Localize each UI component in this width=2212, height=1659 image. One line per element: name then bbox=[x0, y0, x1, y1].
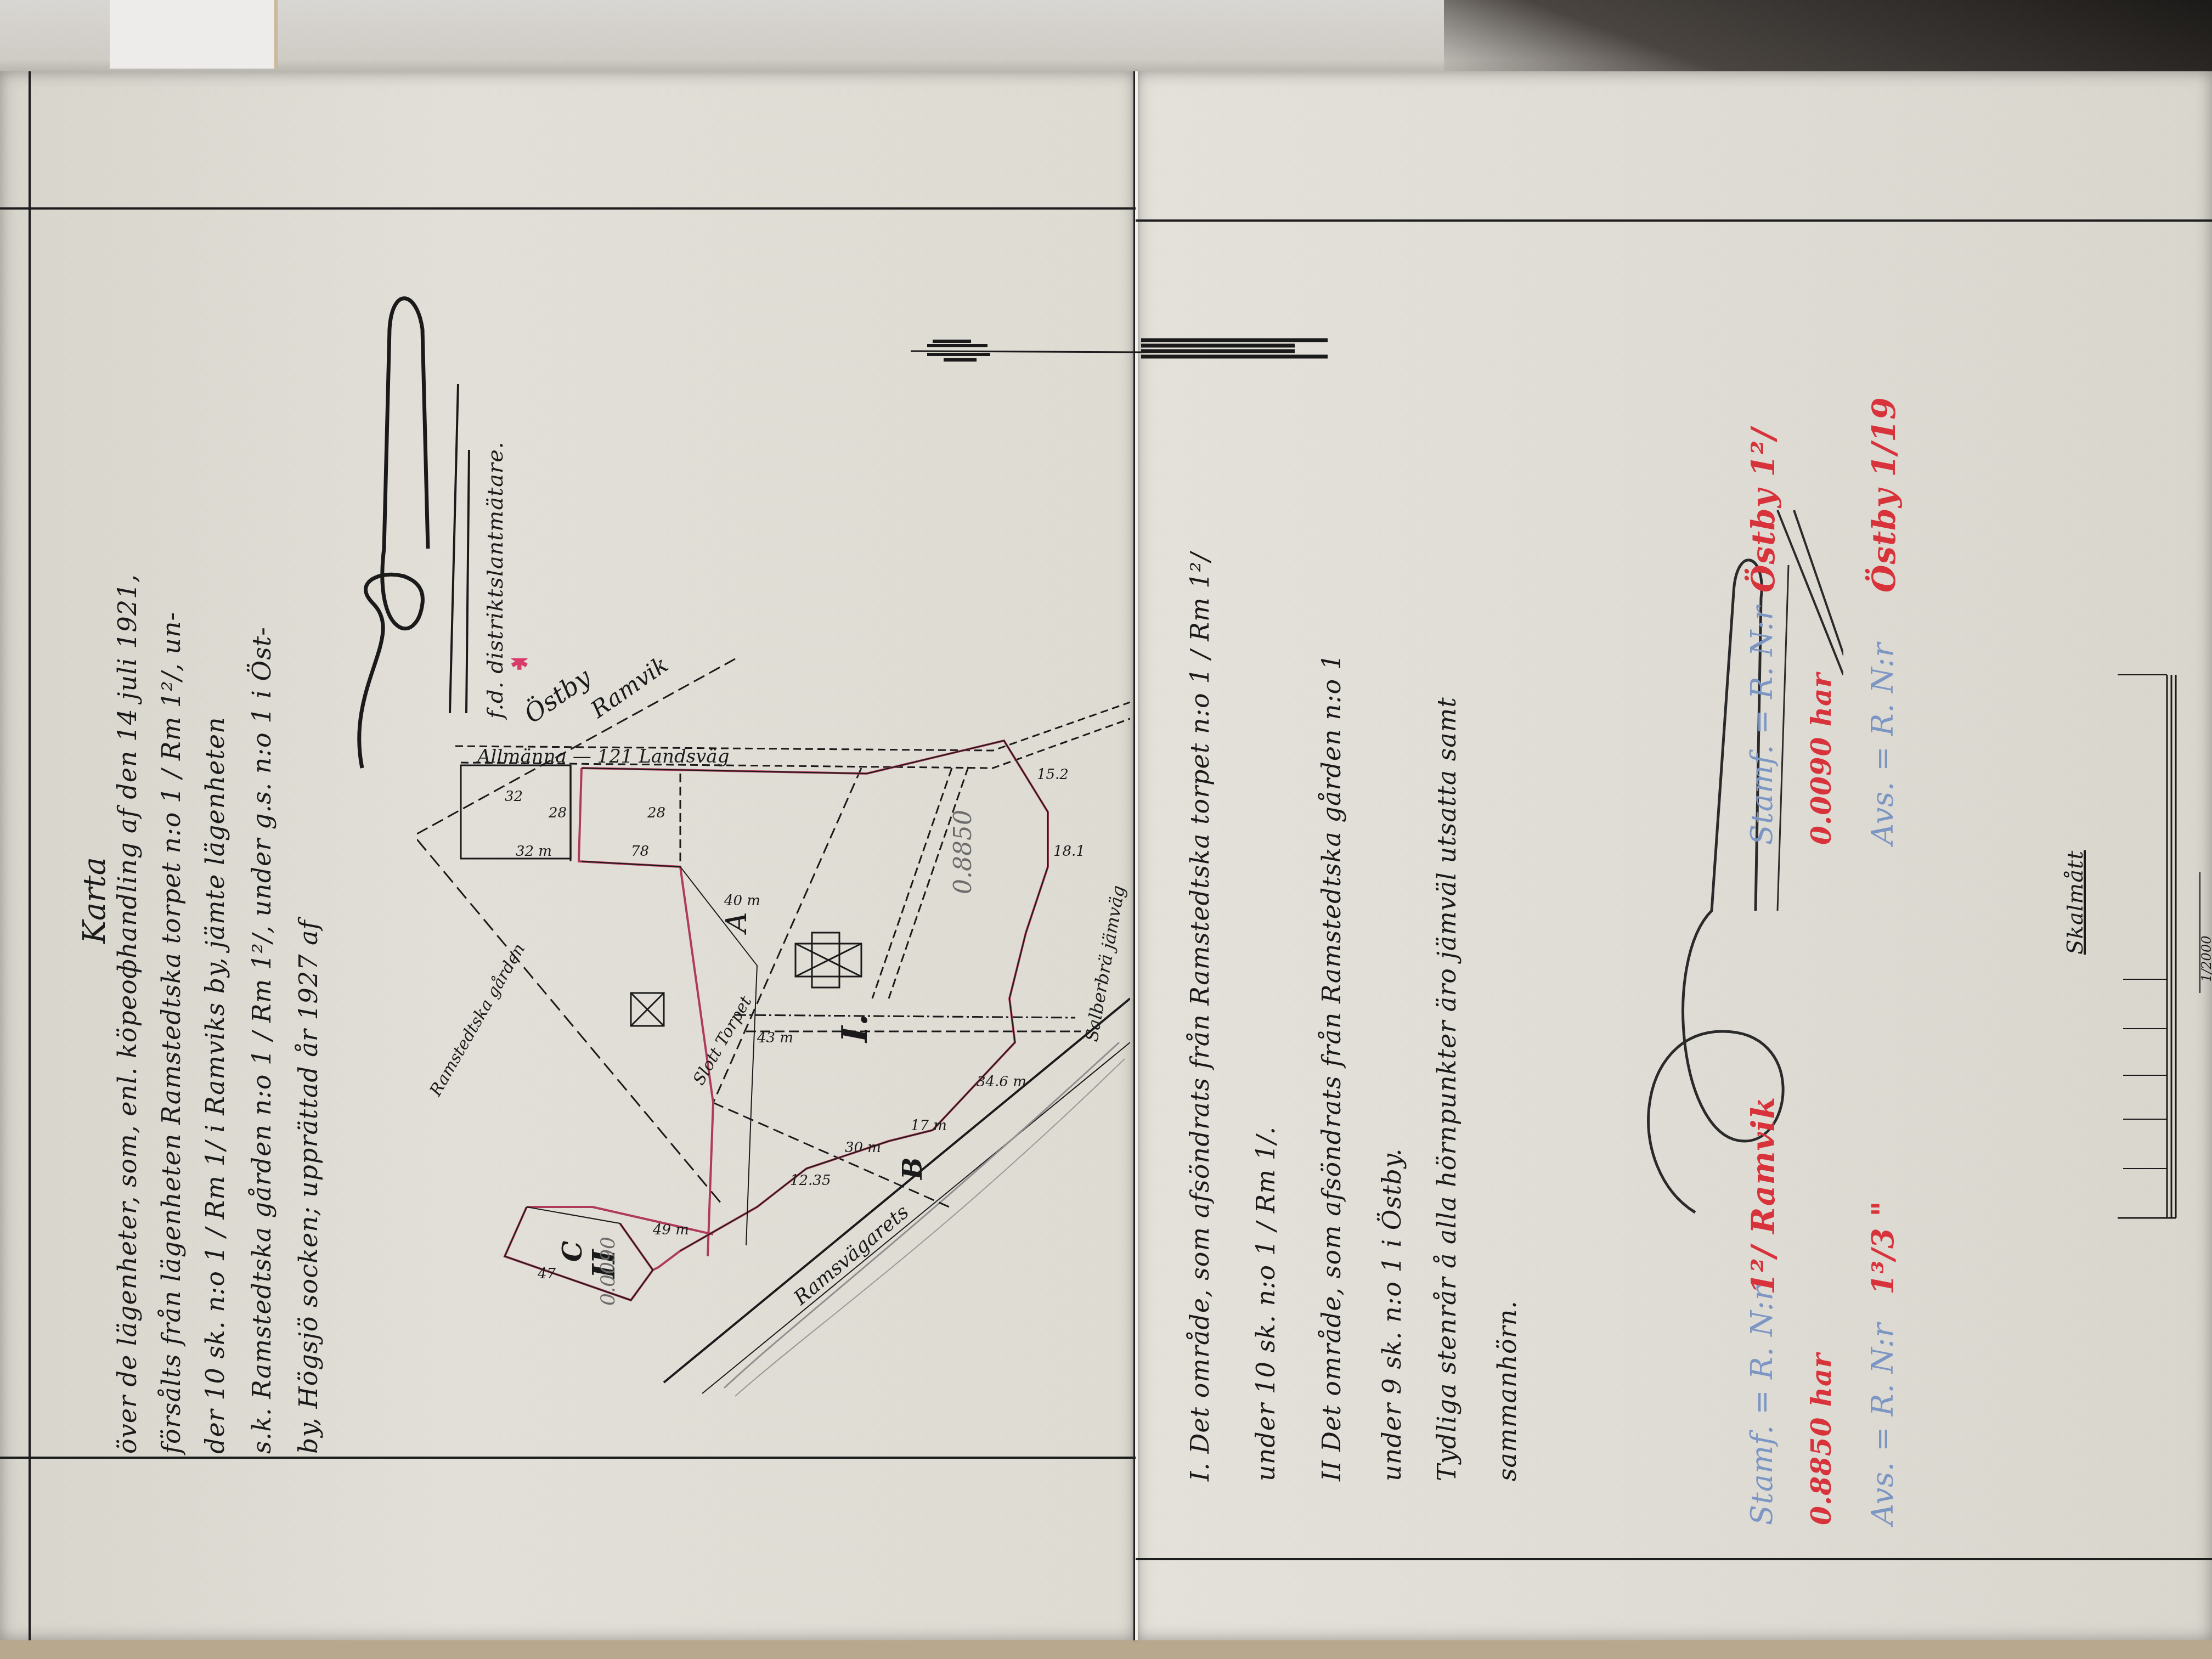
stamp-row3-label: Avs. = R. N:r bbox=[1865, 1323, 1900, 1525]
frame-rule-bottom bbox=[0, 1457, 1136, 1459]
stamp-row5-value: 0.0090 har bbox=[1805, 673, 1837, 845]
scale-tick-50: 50 bbox=[2107, 970, 2110, 988]
svg-text:12.35: 12.35 bbox=[790, 1172, 831, 1189]
note-I-line-2: under 10 sk. n:o 1 / Rm 1/. bbox=[1251, 1126, 1280, 1481]
ramvik-label: Ramvik bbox=[585, 658, 673, 724]
stamp-row3-value: 1³/3 " bbox=[1865, 1201, 1900, 1295]
svg-text:43 m: 43 m bbox=[757, 1030, 793, 1046]
svg-text:47: 47 bbox=[537, 1266, 556, 1282]
intro-line-3: der 10 sk. n:o 1 / Rm 1/ i Ramviks by, j… bbox=[200, 716, 230, 1454]
area-value-label: 0.8850 bbox=[949, 810, 977, 894]
svg-text:49 m: 49 m bbox=[652, 1222, 689, 1238]
area-B-label: B bbox=[898, 1157, 928, 1181]
intro-line-1: över de lägenheter, som, enl. köpeoфhand… bbox=[112, 574, 142, 1454]
area-A-label: A bbox=[720, 912, 753, 935]
frame-rule-top-left bbox=[0, 207, 1136, 210]
card-stub bbox=[110, 0, 278, 69]
scale-tick-10: 10 bbox=[2107, 1157, 2110, 1174]
scale-end-label: 100 m bbox=[2107, 644, 2110, 686]
note-II-line-1: II Det område, som afsöndrats från Ramst… bbox=[1317, 653, 1346, 1481]
shadow-backdrop bbox=[1444, 0, 2212, 77]
svg-text:34.6 m: 34.6 m bbox=[977, 1074, 1026, 1090]
intro-line-4: s.k. Ramstedtska gården n:o 1 / Rm 1²/, … bbox=[247, 627, 276, 1454]
svg-text:78: 78 bbox=[631, 843, 649, 860]
frame-rule-left bbox=[29, 71, 31, 1640]
scale-tick-20: 20 bbox=[2107, 1110, 2110, 1128]
svg-text:0.0090: 0.0090 bbox=[597, 1237, 619, 1306]
ostby-label: Östby bbox=[518, 662, 597, 729]
note-III-line-1: Tydliga stenrår å alla hörnpunkter äro j… bbox=[1432, 697, 1462, 1481]
scale-ratio: 1/2000 bbox=[2199, 936, 2212, 982]
area-I-label: I. bbox=[834, 1014, 876, 1043]
stamp-row6-value: Östby 1/19 bbox=[1865, 397, 1903, 592]
area-C-label: C bbox=[557, 1241, 588, 1262]
stamp-row1-label: Stamf. = R. N:r bbox=[1745, 1286, 1779, 1525]
document-title: Karta bbox=[77, 857, 112, 944]
cadastral-map: I. II A B C 0.8850 0.0090 Östby Ramvik A… bbox=[417, 658, 1130, 1399]
note-I-line-1: I. Det område, som afsöndrats från Ramst… bbox=[1185, 552, 1215, 1481]
svg-text:17 m: 17 m bbox=[911, 1118, 947, 1134]
svg-text:32: 32 bbox=[505, 788, 523, 805]
scale-tick-0: 0 bbox=[2107, 1215, 2110, 1223]
stamp-row1-value: 1²/ Ramvik bbox=[1745, 1096, 1782, 1295]
svg-text:30 m: 30 m bbox=[845, 1139, 881, 1156]
scale-tick-40: 40 bbox=[2107, 1020, 2110, 1037]
svg-text:40 m: 40 m bbox=[724, 893, 760, 909]
svg-text:32 m: 32 m bbox=[516, 843, 552, 860]
svg-text:✱: ✱ bbox=[510, 658, 529, 675]
main-road-label: Allmänna — 121 Landsväg bbox=[476, 746, 729, 768]
stamp-row2-value: 0.8850 har bbox=[1805, 1353, 1837, 1525]
east-road-label: Salberbrä jämväg bbox=[1081, 884, 1128, 1043]
svg-text:18.1: 18.1 bbox=[1053, 843, 1085, 860]
frame-rule-top-right bbox=[1136, 219, 2212, 222]
frame-rule-bottom-right bbox=[1136, 1558, 2212, 1560]
scale-tick-30: 30 bbox=[2107, 1066, 2110, 1084]
stamp-row4-value: Östby 1²/ bbox=[1745, 428, 1782, 592]
intro-line-2: försålts från lägenheten Ramstedtska tor… bbox=[156, 612, 186, 1454]
stamp-row4-label: Stamf. = R. N:r bbox=[1745, 606, 1779, 845]
north-arrow-icon bbox=[911, 329, 1328, 373]
scale-bar: 0 10 20 30 40 50 100 m 1/2000 bbox=[2107, 642, 2212, 1300]
svg-text:15.2: 15.2 bbox=[1037, 766, 1069, 783]
svg-text:28: 28 bbox=[548, 805, 567, 821]
intro-line-5: by, Högsjö socken; upprättad år 1927 af bbox=[294, 920, 323, 1454]
center-rule bbox=[1133, 71, 1135, 1640]
scale-title: Skalmått bbox=[2063, 850, 2088, 955]
svg-text:28: 28 bbox=[647, 805, 665, 821]
svg-text:Ramstedtska gården: Ramstedtska gården bbox=[426, 940, 529, 1100]
stamp-row6-label: Avs. = R. N:r bbox=[1865, 642, 1900, 845]
lower-road-label: Ramsvägarets bbox=[789, 1201, 913, 1310]
note-II-line-2: under 9 sk. n:o 1 i Östby. bbox=[1377, 1148, 1407, 1481]
note-III-line-2: sammanhörn. bbox=[1492, 1300, 1522, 1481]
